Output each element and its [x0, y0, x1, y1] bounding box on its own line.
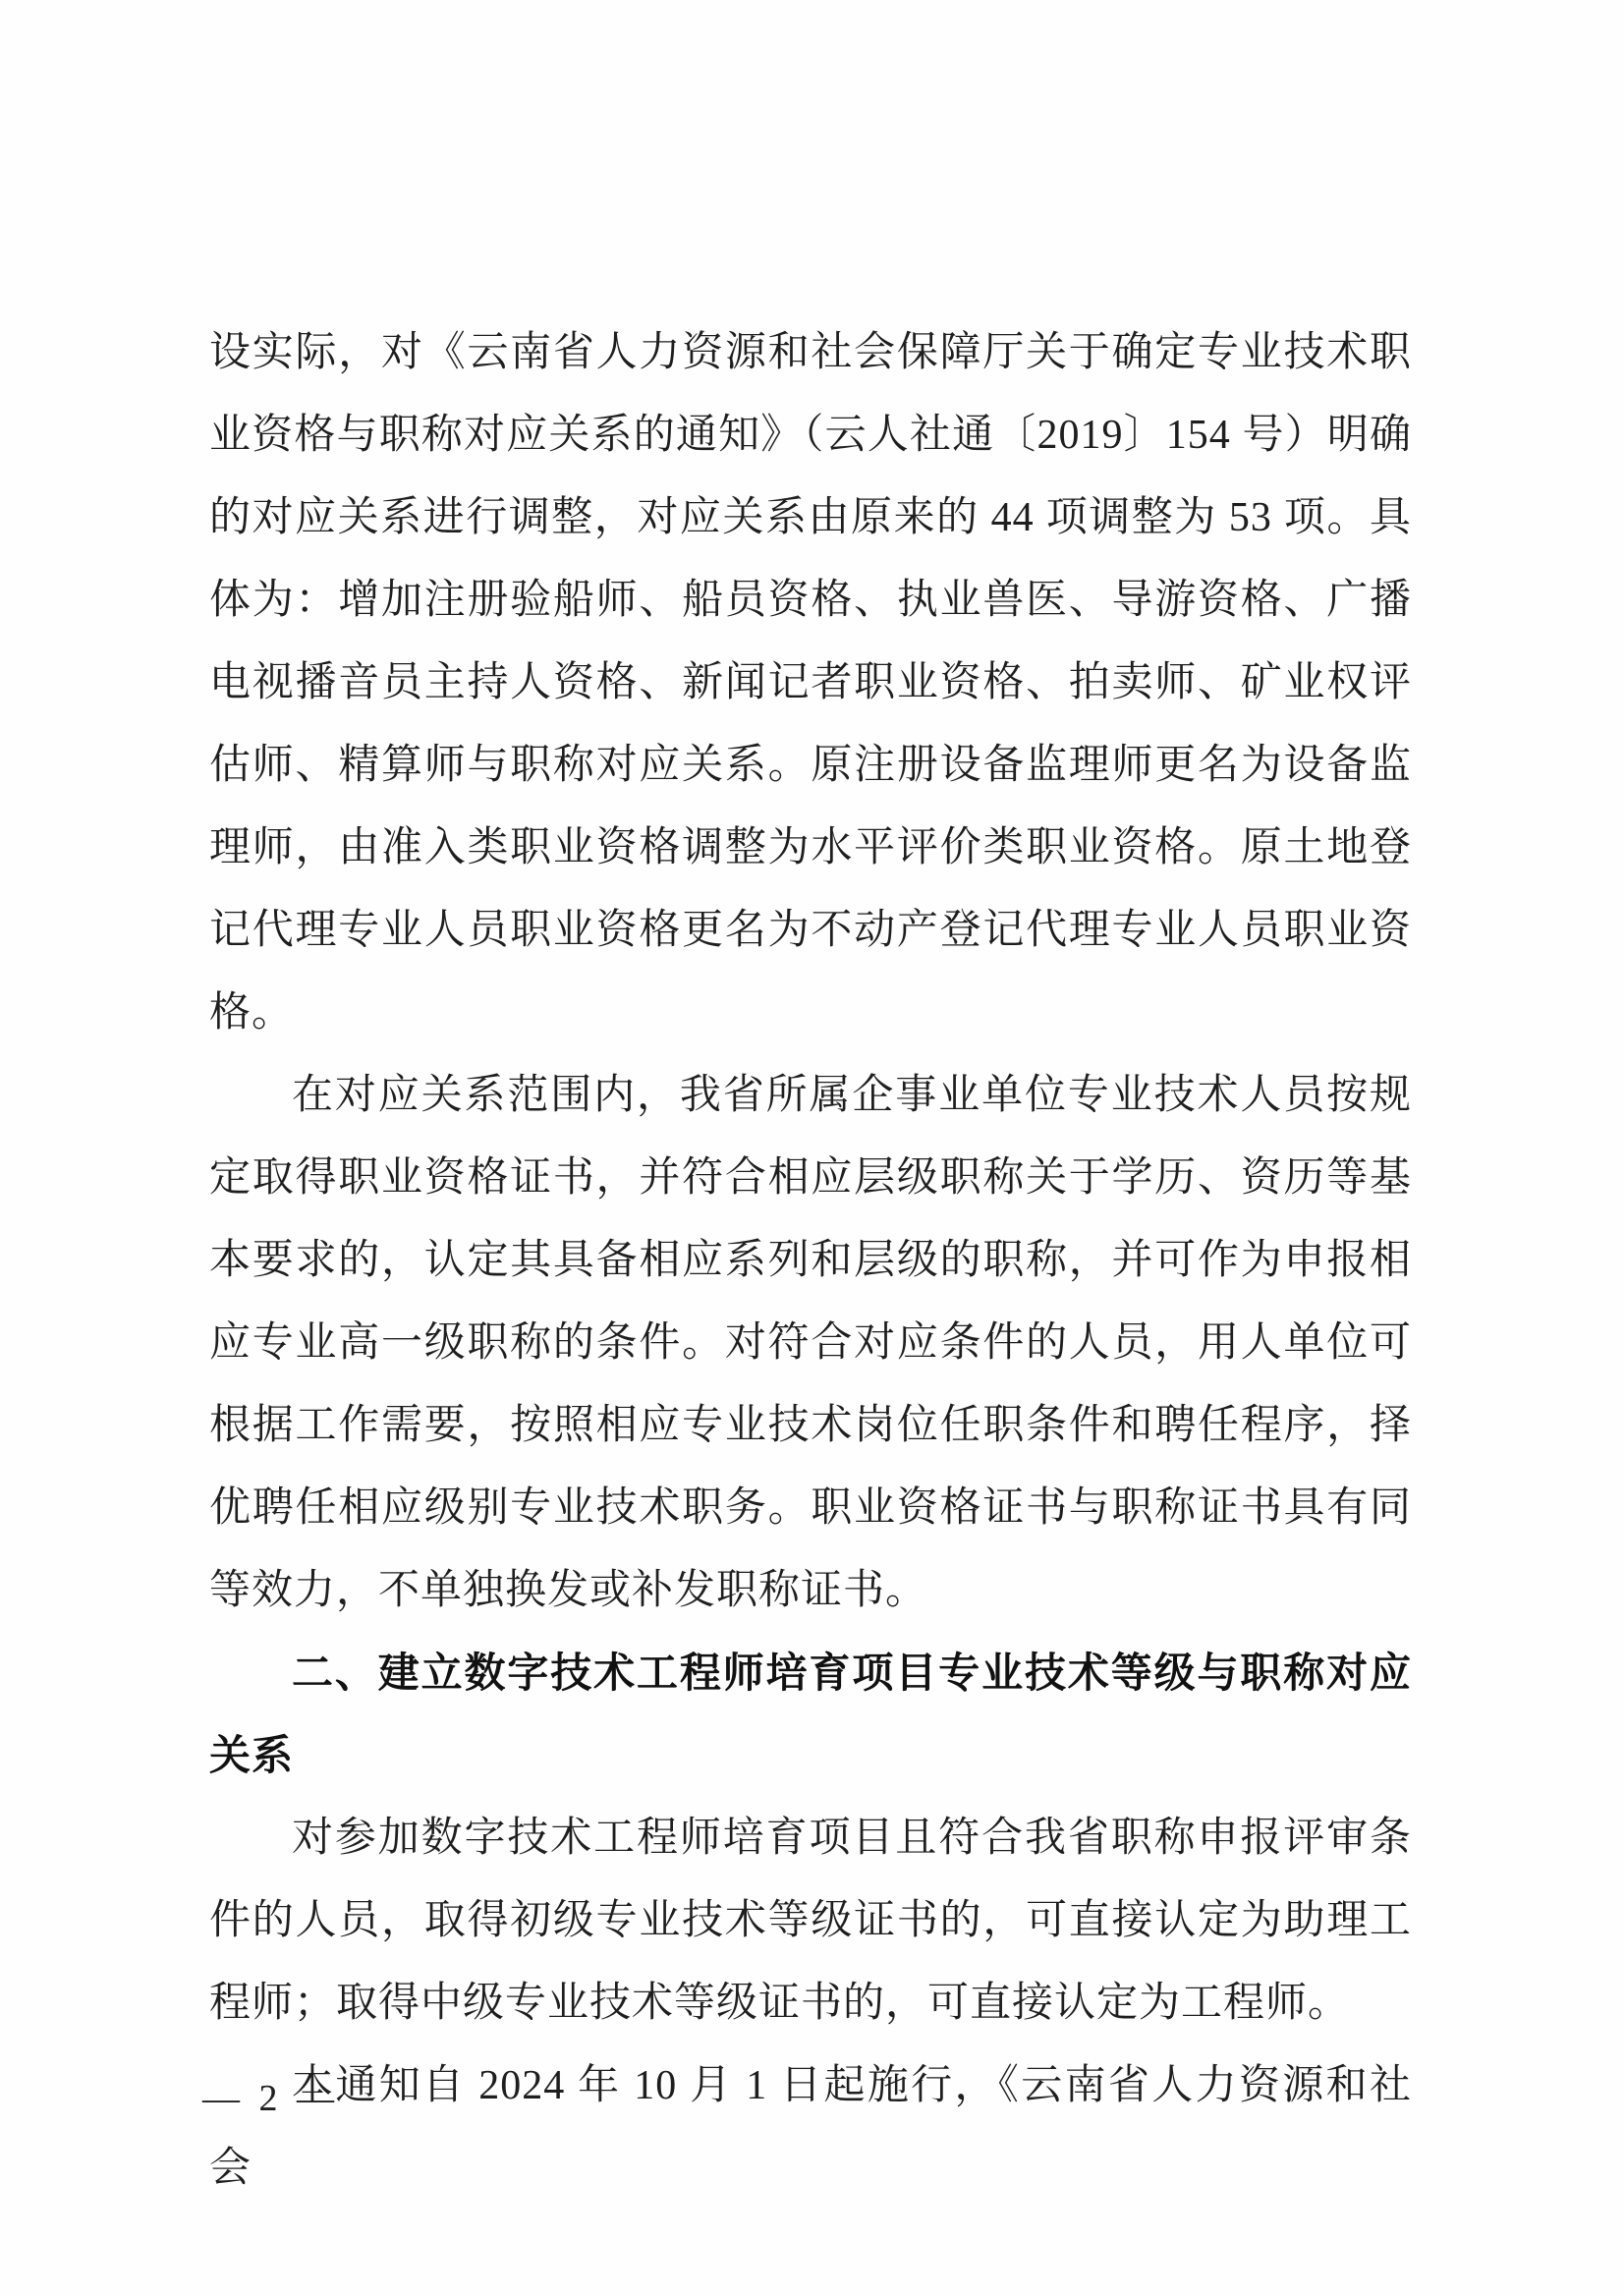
section-heading-2: 二、建立数字技术工程师培育项目专业技术等级与职称对应关系 — [209, 1632, 1412, 1797]
paragraph-effective-date: 本通知自 2024 年 10 月 1 日起施行，《云南省人力资源和社会 — [209, 2044, 1412, 2210]
paragraph-digital-engineer: 对参加数字技术工程师培育项目且符合我省职称申报评审条件的人员，取得初级专业技术等… — [209, 1797, 1412, 2044]
paragraph-correspondence-scope: 在对应关系范围内，我省所属企事业单位专业技术人员按规定取得职业资格证书，并符合相… — [209, 1054, 1412, 1632]
document-body: 设实际，对《云南省人力资源和社会保障厅关于确定专业技术职业资格与职称对应关系的通… — [209, 311, 1412, 2210]
page-number: — 2 — — [202, 2075, 339, 2122]
paragraph-continuation: 设实际，对《云南省人力资源和社会保障厅关于确定专业技术职业资格与职称对应关系的通… — [209, 311, 1412, 1054]
document-page: 设实际，对《云南省人力资源和社会保障厅关于确定专业技术职业资格与职称对应关系的通… — [0, 0, 1624, 2295]
